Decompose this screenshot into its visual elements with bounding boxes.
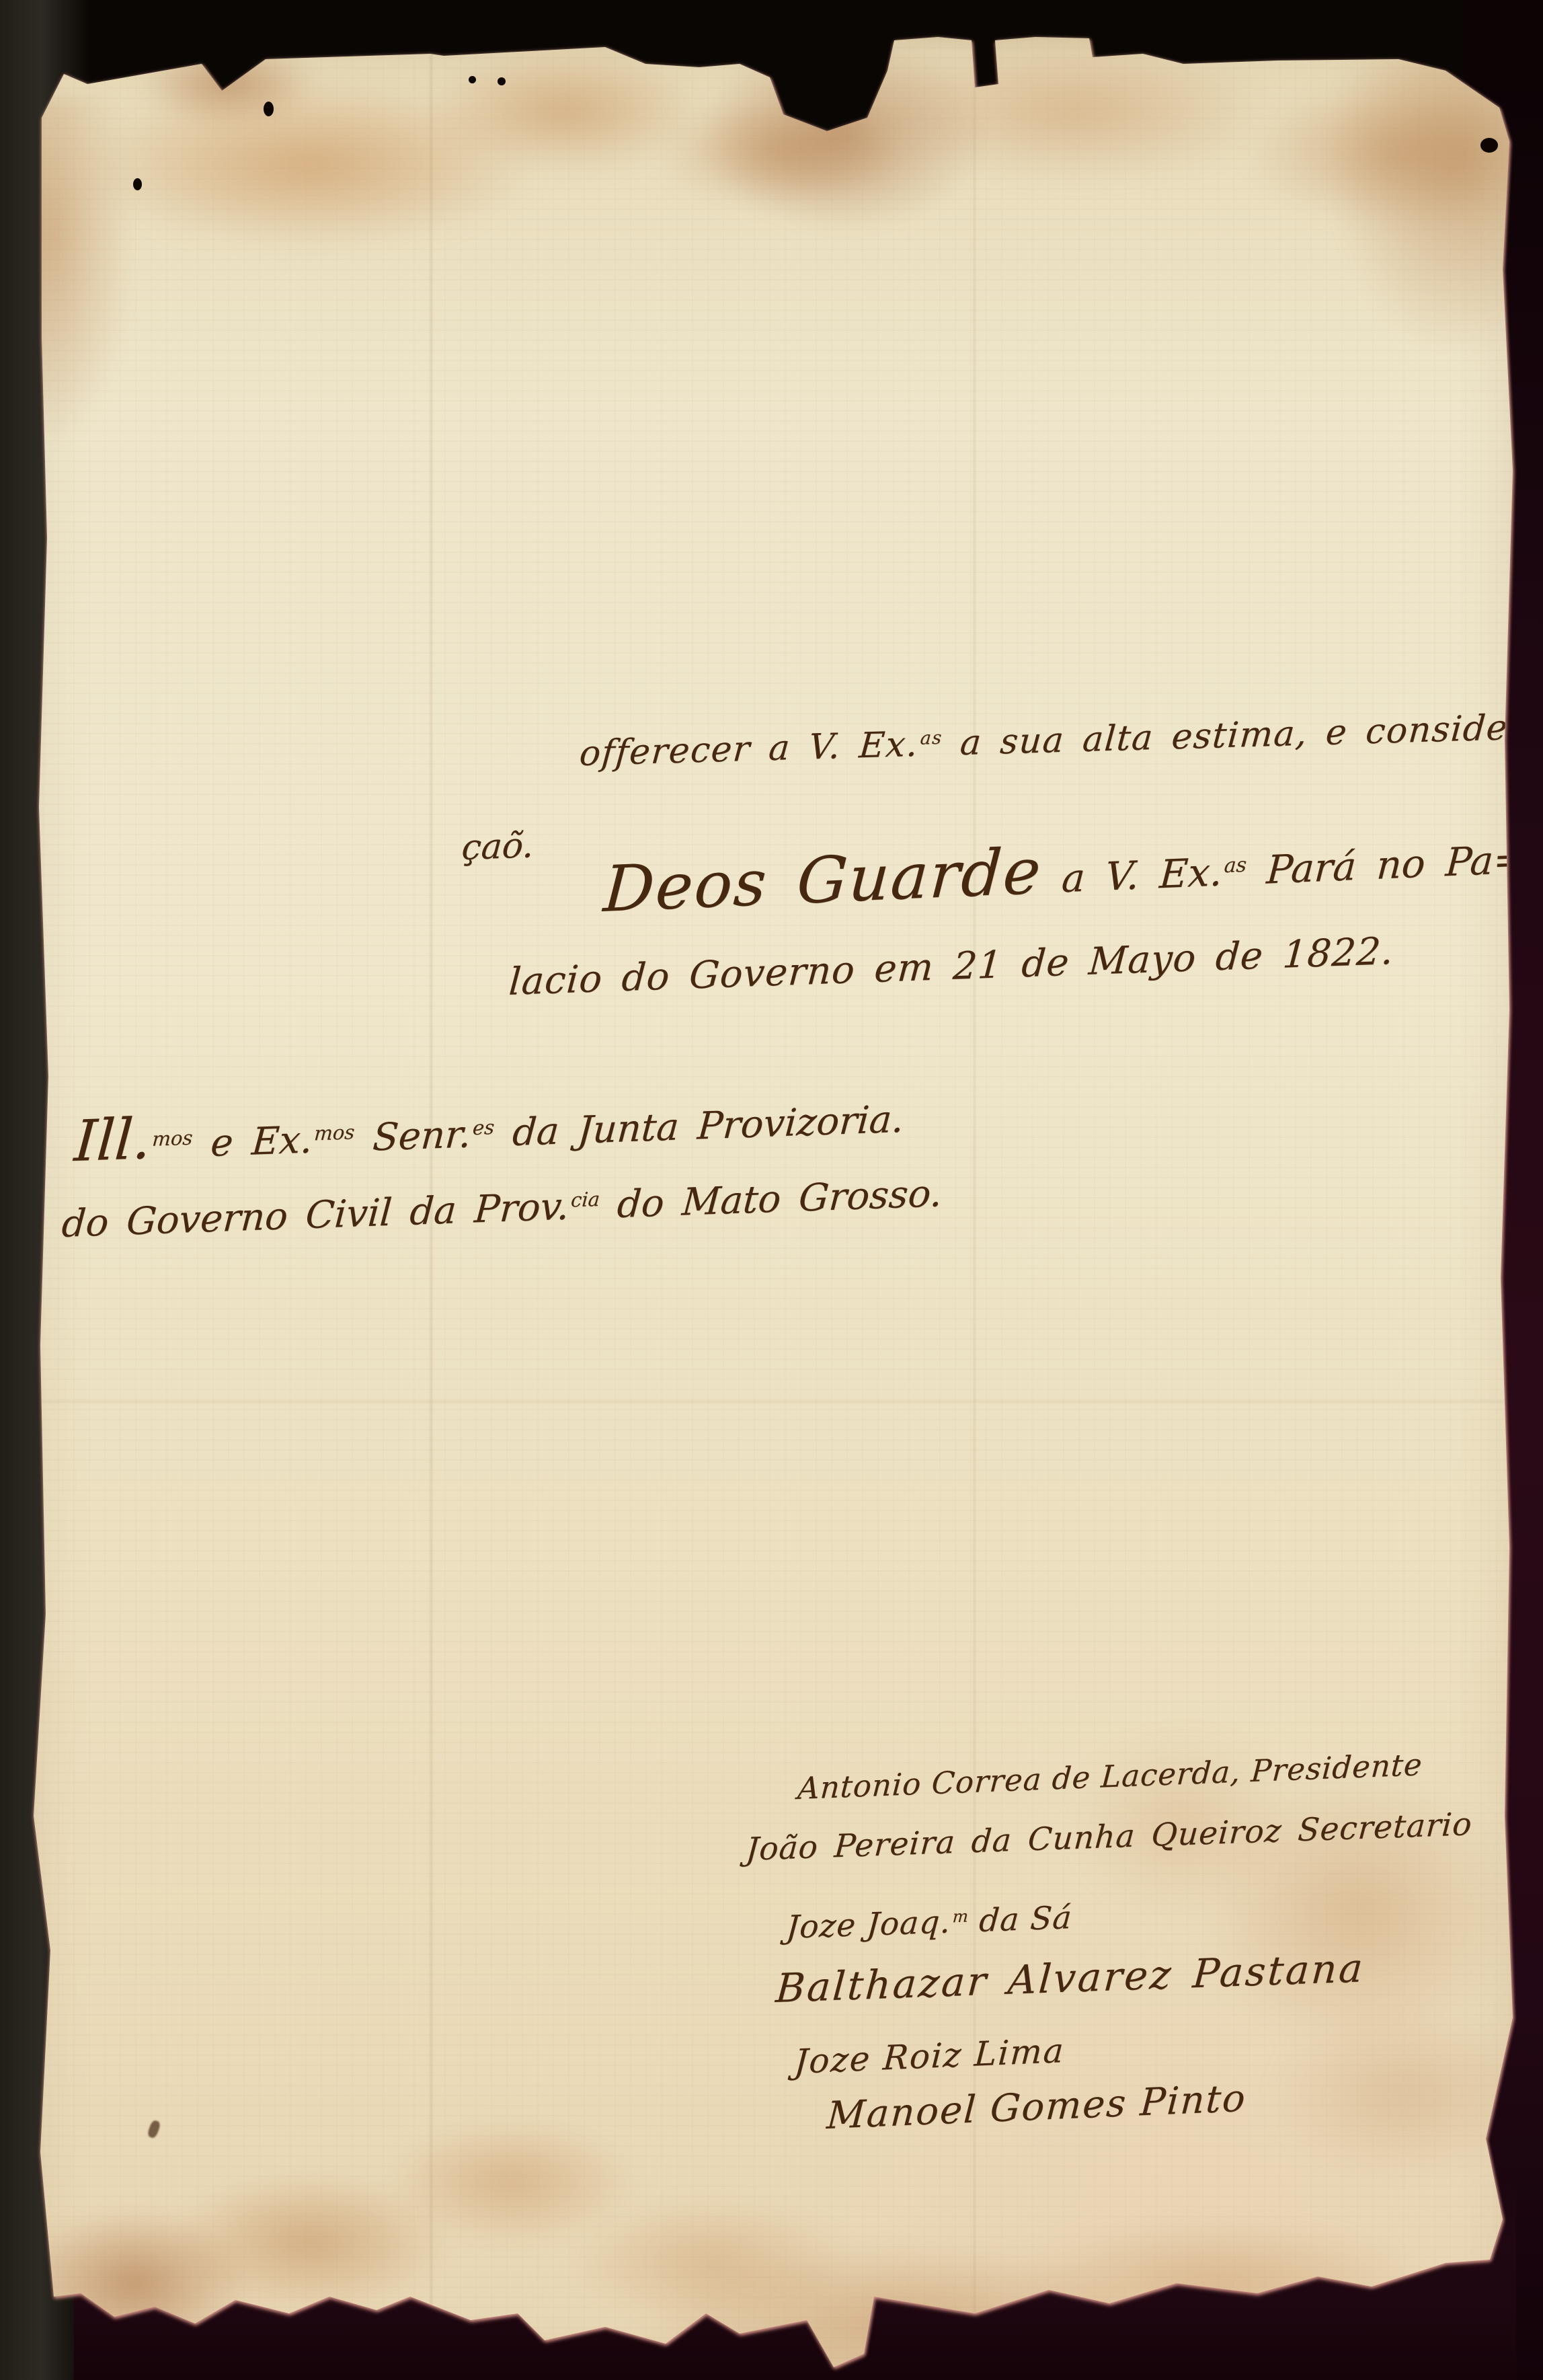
stain-bottom-band <box>13 2034 1533 2371</box>
body-line-2-text: çaõ. <box>461 825 535 868</box>
wormhole <box>498 77 506 85</box>
calligraphic-phrase: Deos Guarde <box>602 835 1044 927</box>
body-line-1: offerecer a V. Ex.as a sua alta estima, … <box>578 708 1543 771</box>
stain-top-right-corner <box>1331 57 1540 346</box>
address-line-2-text: do Governo Civil da Prov. <box>61 1184 571 1246</box>
signature-text: Antonio Correa de Lacerda, Presidente <box>797 1746 1424 1806</box>
address-line-1-text-end: da Junta Provizoria. <box>492 1098 905 1155</box>
fold-crease-vertical-right <box>974 37 976 2377</box>
signature-text: João Pereira da Cunha Queiroz Secretario <box>745 1806 1474 1868</box>
body-line-3-text-cont: Pará no Pa= <box>1244 836 1527 894</box>
superscript-abbreviation: mos <box>313 1120 355 1145</box>
body-line-4-dateline: lacio do Governo em 21 de Mayo de 1822. <box>508 933 1395 1001</box>
superscript-abbreviation: as <box>920 728 943 749</box>
signature-antonio-correa-de-lacerda: Antonio Correa de Lacerda, Presidente <box>797 1749 1423 1804</box>
address-line-2-text-cont: do Mato Grosso. <box>598 1172 943 1227</box>
stain-left-edge <box>13 98 128 434</box>
fold-crease-horizontal <box>27 1401 1519 1403</box>
superscript-abbreviation: mos <box>151 1126 193 1151</box>
signature-manoel-gomes-pinto: Manoel Gomes Pinto <box>826 2080 1247 2135</box>
wormhole <box>133 178 142 190</box>
superscript-abbreviation: as <box>1224 853 1248 878</box>
wormhole <box>264 102 274 116</box>
body-line-1-text: offerecer a V. Ex. <box>578 724 920 774</box>
body-line-2: çaõ. <box>461 828 535 866</box>
paper-shadow-wrap: offerecer a V. Ex.as a sua alta estima, … <box>27 37 1519 2377</box>
address-line-2: do Governo Civil da Prov.cia do Mato Gro… <box>61 1175 943 1243</box>
superscript-abbreviation: m <box>952 1906 970 1926</box>
superscript-abbreviation: es <box>472 1116 496 1139</box>
signature-joze-roiz-lima: Joze Roiz Lima <box>793 2034 1066 2079</box>
signature-joao-pereira-da-cunha-queiroz: João Pereira da Cunha Queiroz Secretario <box>745 1808 1473 1866</box>
signature-text: Joze Joaq. <box>785 1903 953 1946</box>
signature-text: Balthazar Alvarez Pastana <box>775 1944 1366 2011</box>
body-line-3-deos-guarde: Deos Guarde a V. Ex.as Pará no Pa= <box>602 820 1528 922</box>
scan-backdrop: offerecer a V. Ex.as a sua alta estima, … <box>0 0 1543 2380</box>
address-line-1: Ill.mos e Ex.mos Senr.es da Junta Proviz… <box>73 1084 906 1169</box>
signature-joze-joaquim-da-sa: Joze Joaq.m da Sá <box>785 1902 1073 1944</box>
ink-smudge <box>147 2119 161 2139</box>
body-line-4-text: lacio do Governo em 21 de Mayo de 1822. <box>508 929 1396 1004</box>
signature-text: Manoel Gomes Pinto <box>826 2077 1248 2138</box>
address-line-1-text-cont: Senr. <box>352 1112 472 1160</box>
manuscript-page: offerecer a V. Ex.as a sua alta estima, … <box>27 37 1519 2377</box>
address-flourish-initial: Ill. <box>73 1106 153 1174</box>
signature-text-cont: da Sá <box>967 1899 1074 1940</box>
body-line-1-text-cont: a sua alta estima, e considera= <box>941 705 1543 764</box>
stain-top-band <box>7 10 1540 326</box>
signature-balthazar-alvarez-pastana: Balthazar Alvarez Pastana <box>775 1948 1366 2008</box>
wormhole <box>469 76 476 83</box>
wormhole <box>1480 138 1498 153</box>
signature-text: Joze Roiz Lima <box>793 2031 1066 2081</box>
body-line-3-text: a V. Ex. <box>1040 849 1224 903</box>
address-line-1-text: e Ex. <box>191 1118 314 1165</box>
stain-top-notch <box>699 50 988 232</box>
superscript-abbreviation: cia <box>570 1188 600 1212</box>
